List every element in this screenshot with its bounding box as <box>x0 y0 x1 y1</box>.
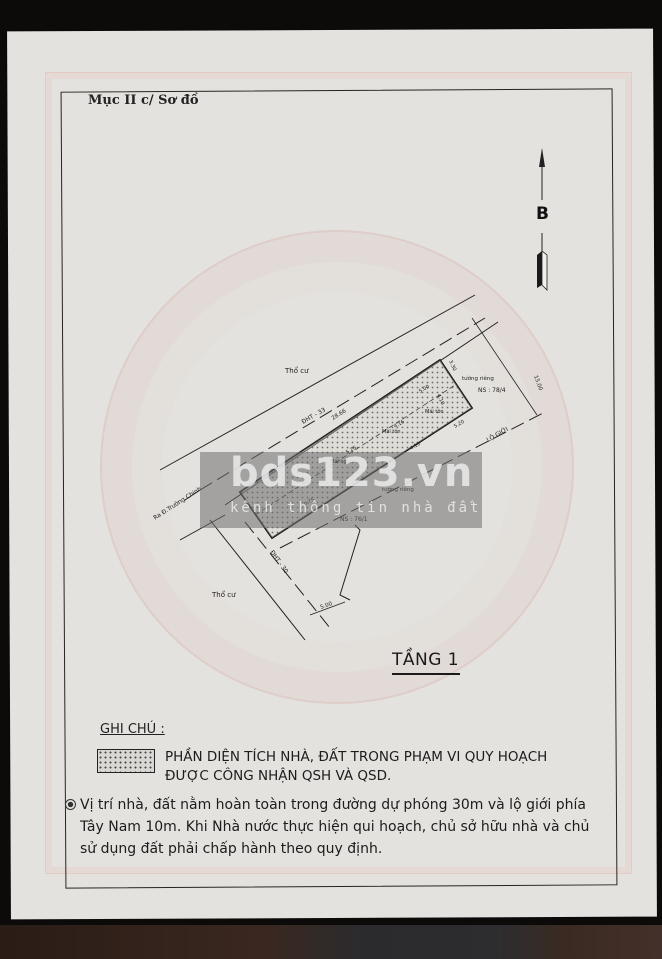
label-direction: Ra Đ.Trường Chinh <box>152 485 203 521</box>
dim-500: 5.00 <box>320 601 334 611</box>
legend-text: PHẦN DIỆN TÍCH NHÀ, ĐẤT TRONG PHẠM VI QU… <box>165 748 547 786</box>
watermark-tagline: kênh thông tin nhà đất <box>230 500 481 516</box>
dim-length: 28.66 <box>331 408 348 422</box>
label-tho-cu-bottom: Thổ cư <box>211 590 236 599</box>
label-lo-gioi: LỘ GIỚI <box>486 426 510 444</box>
label-private-wall-top: tường riêng <box>462 375 494 382</box>
dim-15: 15.00 <box>532 375 543 392</box>
floor-title-underline <box>392 673 460 675</box>
label-neighbor-top: NS : 78/4 <box>478 387 506 394</box>
label-roof-2: Mái tôn <box>382 428 401 435</box>
bullet-icon <box>65 799 76 810</box>
legend-text-line-1: PHẦN DIỆN TÍCH NHÀ, ĐẤT TRONG PHẠM VI QU… <box>165 748 547 767</box>
legend-title: GHI CHÚ : <box>100 722 165 737</box>
dim-330: 3.30 <box>447 359 457 372</box>
note-text: Vị trí nhà, đất nằm hoàn toàn trong đườn… <box>80 794 610 860</box>
label-roof-1: Mái tôn <box>425 408 444 415</box>
label-tho-cu-top: Thổ cư <box>284 366 309 375</box>
legend-text-line-2: ĐƯỢC CÔNG NHẬN QSH VÀ QSD. <box>165 767 547 786</box>
label-road-left: ĐHT - 30 <box>268 549 289 575</box>
floor-title: TẦNG 1 <box>392 650 459 670</box>
dim-520: 5.20 <box>453 419 466 430</box>
watermark-brand: bds123.vn <box>230 450 473 496</box>
legend-dotted-swatch-icon <box>97 749 155 773</box>
